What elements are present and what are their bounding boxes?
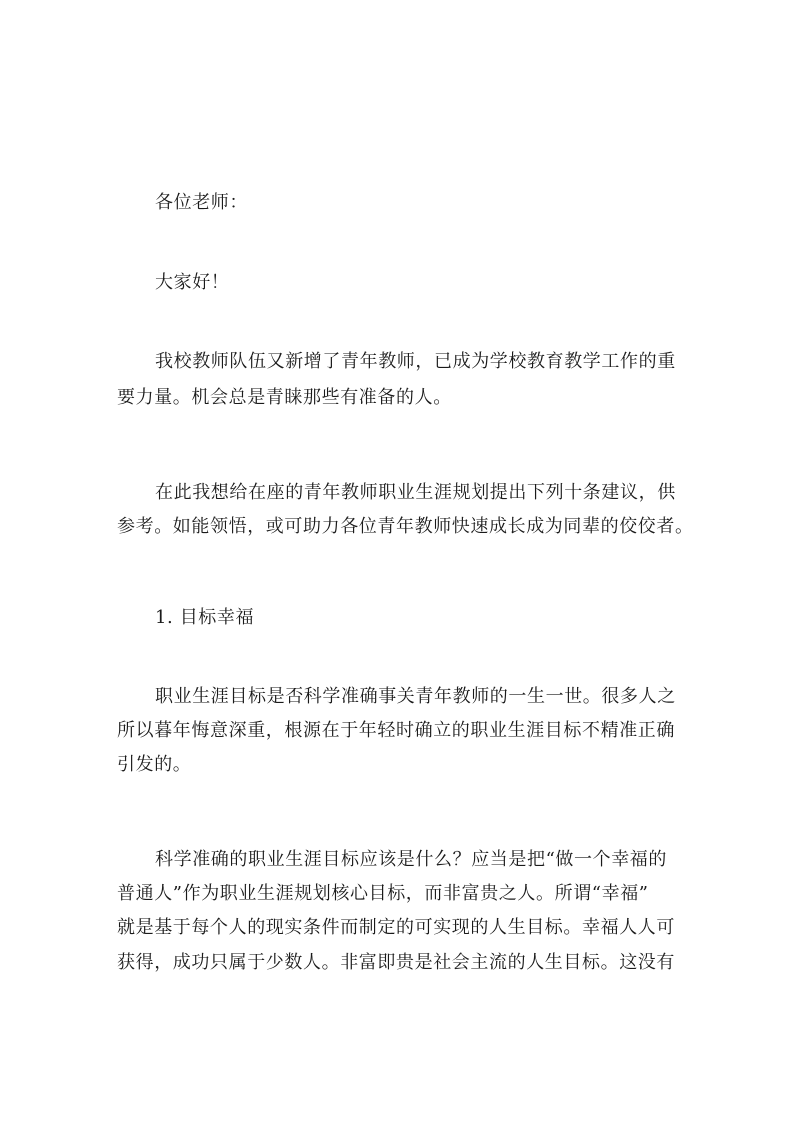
paragraph-line: 获得，成功只属于少数人。非富即贵是社会主流的人生目标。这没有: [117, 952, 677, 974]
paragraph-line: 要力量。机会总是青睐那些有准备的人。: [117, 387, 677, 409]
paragraph-line: 普通人”作为职业生涯规划核心目标，而非富贵之人。所谓“幸福”: [117, 883, 677, 905]
section-heading: 1. 目标幸福: [155, 607, 677, 629]
paragraph-line: 在此我想给在座的青年教师职业生涯规划提出下列十条建议，供: [155, 482, 677, 504]
salutation-line: 大家好！: [155, 272, 677, 294]
paragraph-line: 科学准确的职业生涯目标应该是什么？应当是把“做一个幸福的: [155, 849, 677, 871]
greeting-line: 各位老师：: [155, 192, 677, 214]
paragraph-line: 我校教师队伍又新增了青年教师，已成为学校教育教学工作的重: [155, 351, 677, 373]
document-page: 各位老师： 大家好！ 我校教师队伍又新增了青年教师，已成为学校教育教学工作的重 …: [0, 0, 793, 1122]
paragraph-line: 参考。如能领悟，或可助力各位青年教师快速成长成为同辈的佼佼者。: [117, 516, 677, 538]
paragraph-line: 所以暮年悔意深重，根源在于年轻时确立的职业生涯目标不精准正确: [117, 720, 677, 742]
paragraph-line: 职业生涯目标是否科学准确事关青年教师的一生一世。很多人之: [155, 686, 677, 708]
paragraph-line: 就是基于每个人的现实条件而制定的可实现的人生目标。幸福人人可: [117, 917, 677, 939]
paragraph-line: 引发的。: [117, 754, 677, 776]
